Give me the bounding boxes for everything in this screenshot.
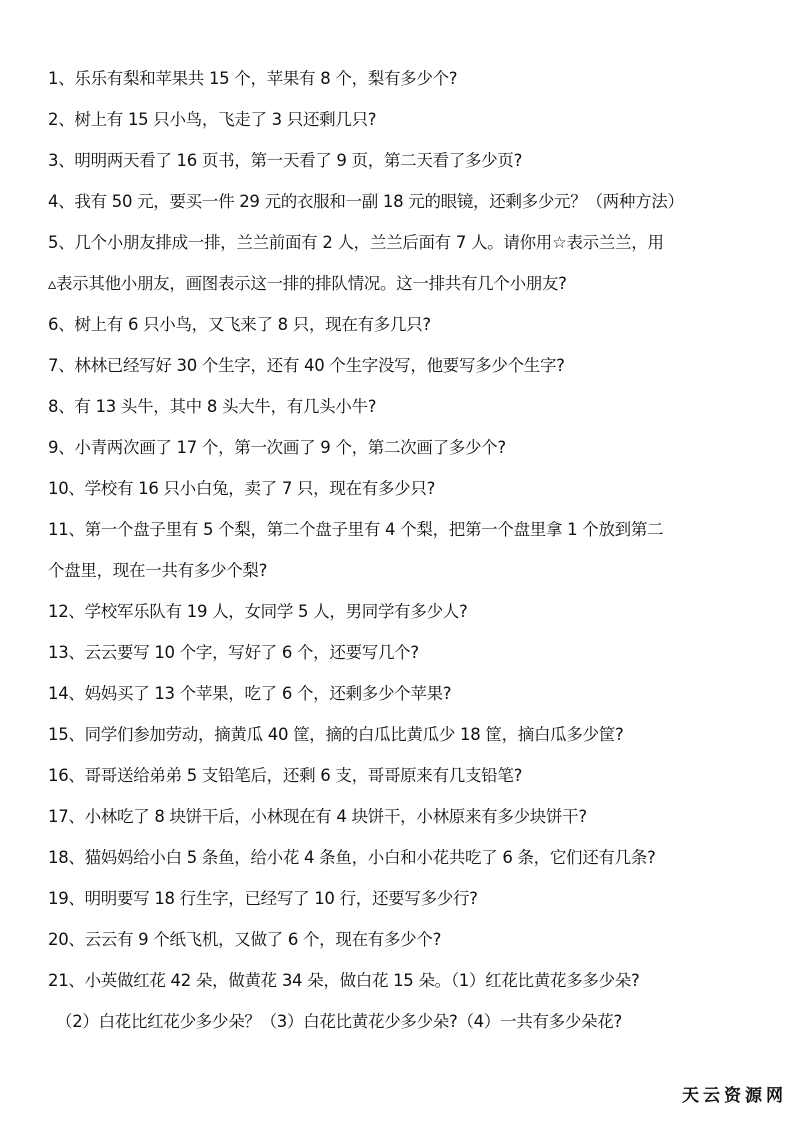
- problem-3: 3、明明两天看了 16 页书，第一天看了 9 页，第二天看了多少页?: [48, 140, 778, 181]
- problem-17: 17、小林吃了 8 块饼干后，小林现在有 4 块饼干，小林原来有多少块饼干?: [48, 796, 778, 837]
- problem-5-line-2: ▵表示其他小朋友，画图表示这一排的排队情况。这一排共有几个小朋友?: [48, 263, 778, 304]
- problem-5-line-1: 5、几个小朋友排成一排，兰兰前面有 2 人，兰兰后面有 7 人。请你用☆表示兰兰…: [48, 222, 778, 263]
- problem-12: 12、学校军乐队有 19 人，女同学 5 人，男同学有多少人?: [48, 591, 778, 632]
- problem-list: 1、乐乐有梨和苹果共 15 个，苹果有 8 个，梨有多少个? 2、树上有 15 …: [48, 58, 778, 1042]
- problem-7: 7、林林已经写好 30 个生字，还有 40 个生字没写，他要写多少个生字?: [48, 345, 778, 386]
- problem-21-line-2: （2）白花比红花少多少朵？（3）白花比黄花少多少朵?（4）一共有多少朵花?: [48, 1001, 778, 1042]
- problem-11-line-1: 11、第一个盘子里有 5 个梨，第二个盘子里有 4 个梨，把第一个盘里拿 1 个…: [48, 509, 778, 550]
- problem-14: 14、妈妈买了 13 个苹果，吃了 6 个，还剩多少个苹果?: [48, 673, 778, 714]
- problem-19: 19、明明要写 18 行生字，已经写了 10 行，还要写多少行?: [48, 878, 778, 919]
- problem-1: 1、乐乐有梨和苹果共 15 个，苹果有 8 个，梨有多少个?: [48, 58, 778, 99]
- problem-2: 2、树上有 15 只小鸟，飞走了 3 只还剩几只?: [48, 99, 778, 140]
- problem-4: 4、我有 50 元，要买一件 29 元的衣服和一副 18 元的眼镜，还剩多少元？…: [48, 181, 778, 222]
- problem-21-line-1: 21、小英做红花 42 朵，做黄花 34 朵，做白花 15 朵。（1）红花比黄花…: [48, 960, 778, 1001]
- problem-15: 15、同学们参加劳动，摘黄瓜 40 筐，摘的白瓜比黄瓜少 18 筐，摘白瓜多少筐…: [48, 714, 778, 755]
- problem-13: 13、云云要写 10 个字，写好了 6 个，还要写几个?: [48, 632, 778, 673]
- problem-11-line-2: 个盘里，现在一共有多少个梨?: [48, 550, 778, 591]
- watermark-logo: 天云资源网: [682, 1081, 787, 1106]
- problem-16: 16、哥哥送给弟弟 5 支铅笔后，还剩 6 支，哥哥原来有几支铅笔?: [48, 755, 778, 796]
- problem-10: 10、学校有 16 只小白兔，卖了 7 只，现在有多少只?: [48, 468, 778, 509]
- problem-9: 9、小青两次画了 17 个，第一次画了 9 个，第二次画了多少个?: [48, 427, 778, 468]
- problem-20: 20、云云有 9 个纸飞机，又做了 6 个，现在有多少个?: [48, 919, 778, 960]
- document-page: 1、乐乐有梨和苹果共 15 个，苹果有 8 个，梨有多少个? 2、树上有 15 …: [0, 0, 793, 1122]
- problem-18: 18、猫妈妈给小白 5 条鱼，给小花 4 条鱼，小白和小花共吃了 6 条，它们还…: [48, 837, 778, 878]
- problem-8: 8、有 13 头牛，其中 8 头大牛，有几头小牛?: [48, 386, 778, 427]
- problem-6: 6、树上有 6 只小鸟，又飞来了 8 只，现在有多几只?: [48, 304, 778, 345]
